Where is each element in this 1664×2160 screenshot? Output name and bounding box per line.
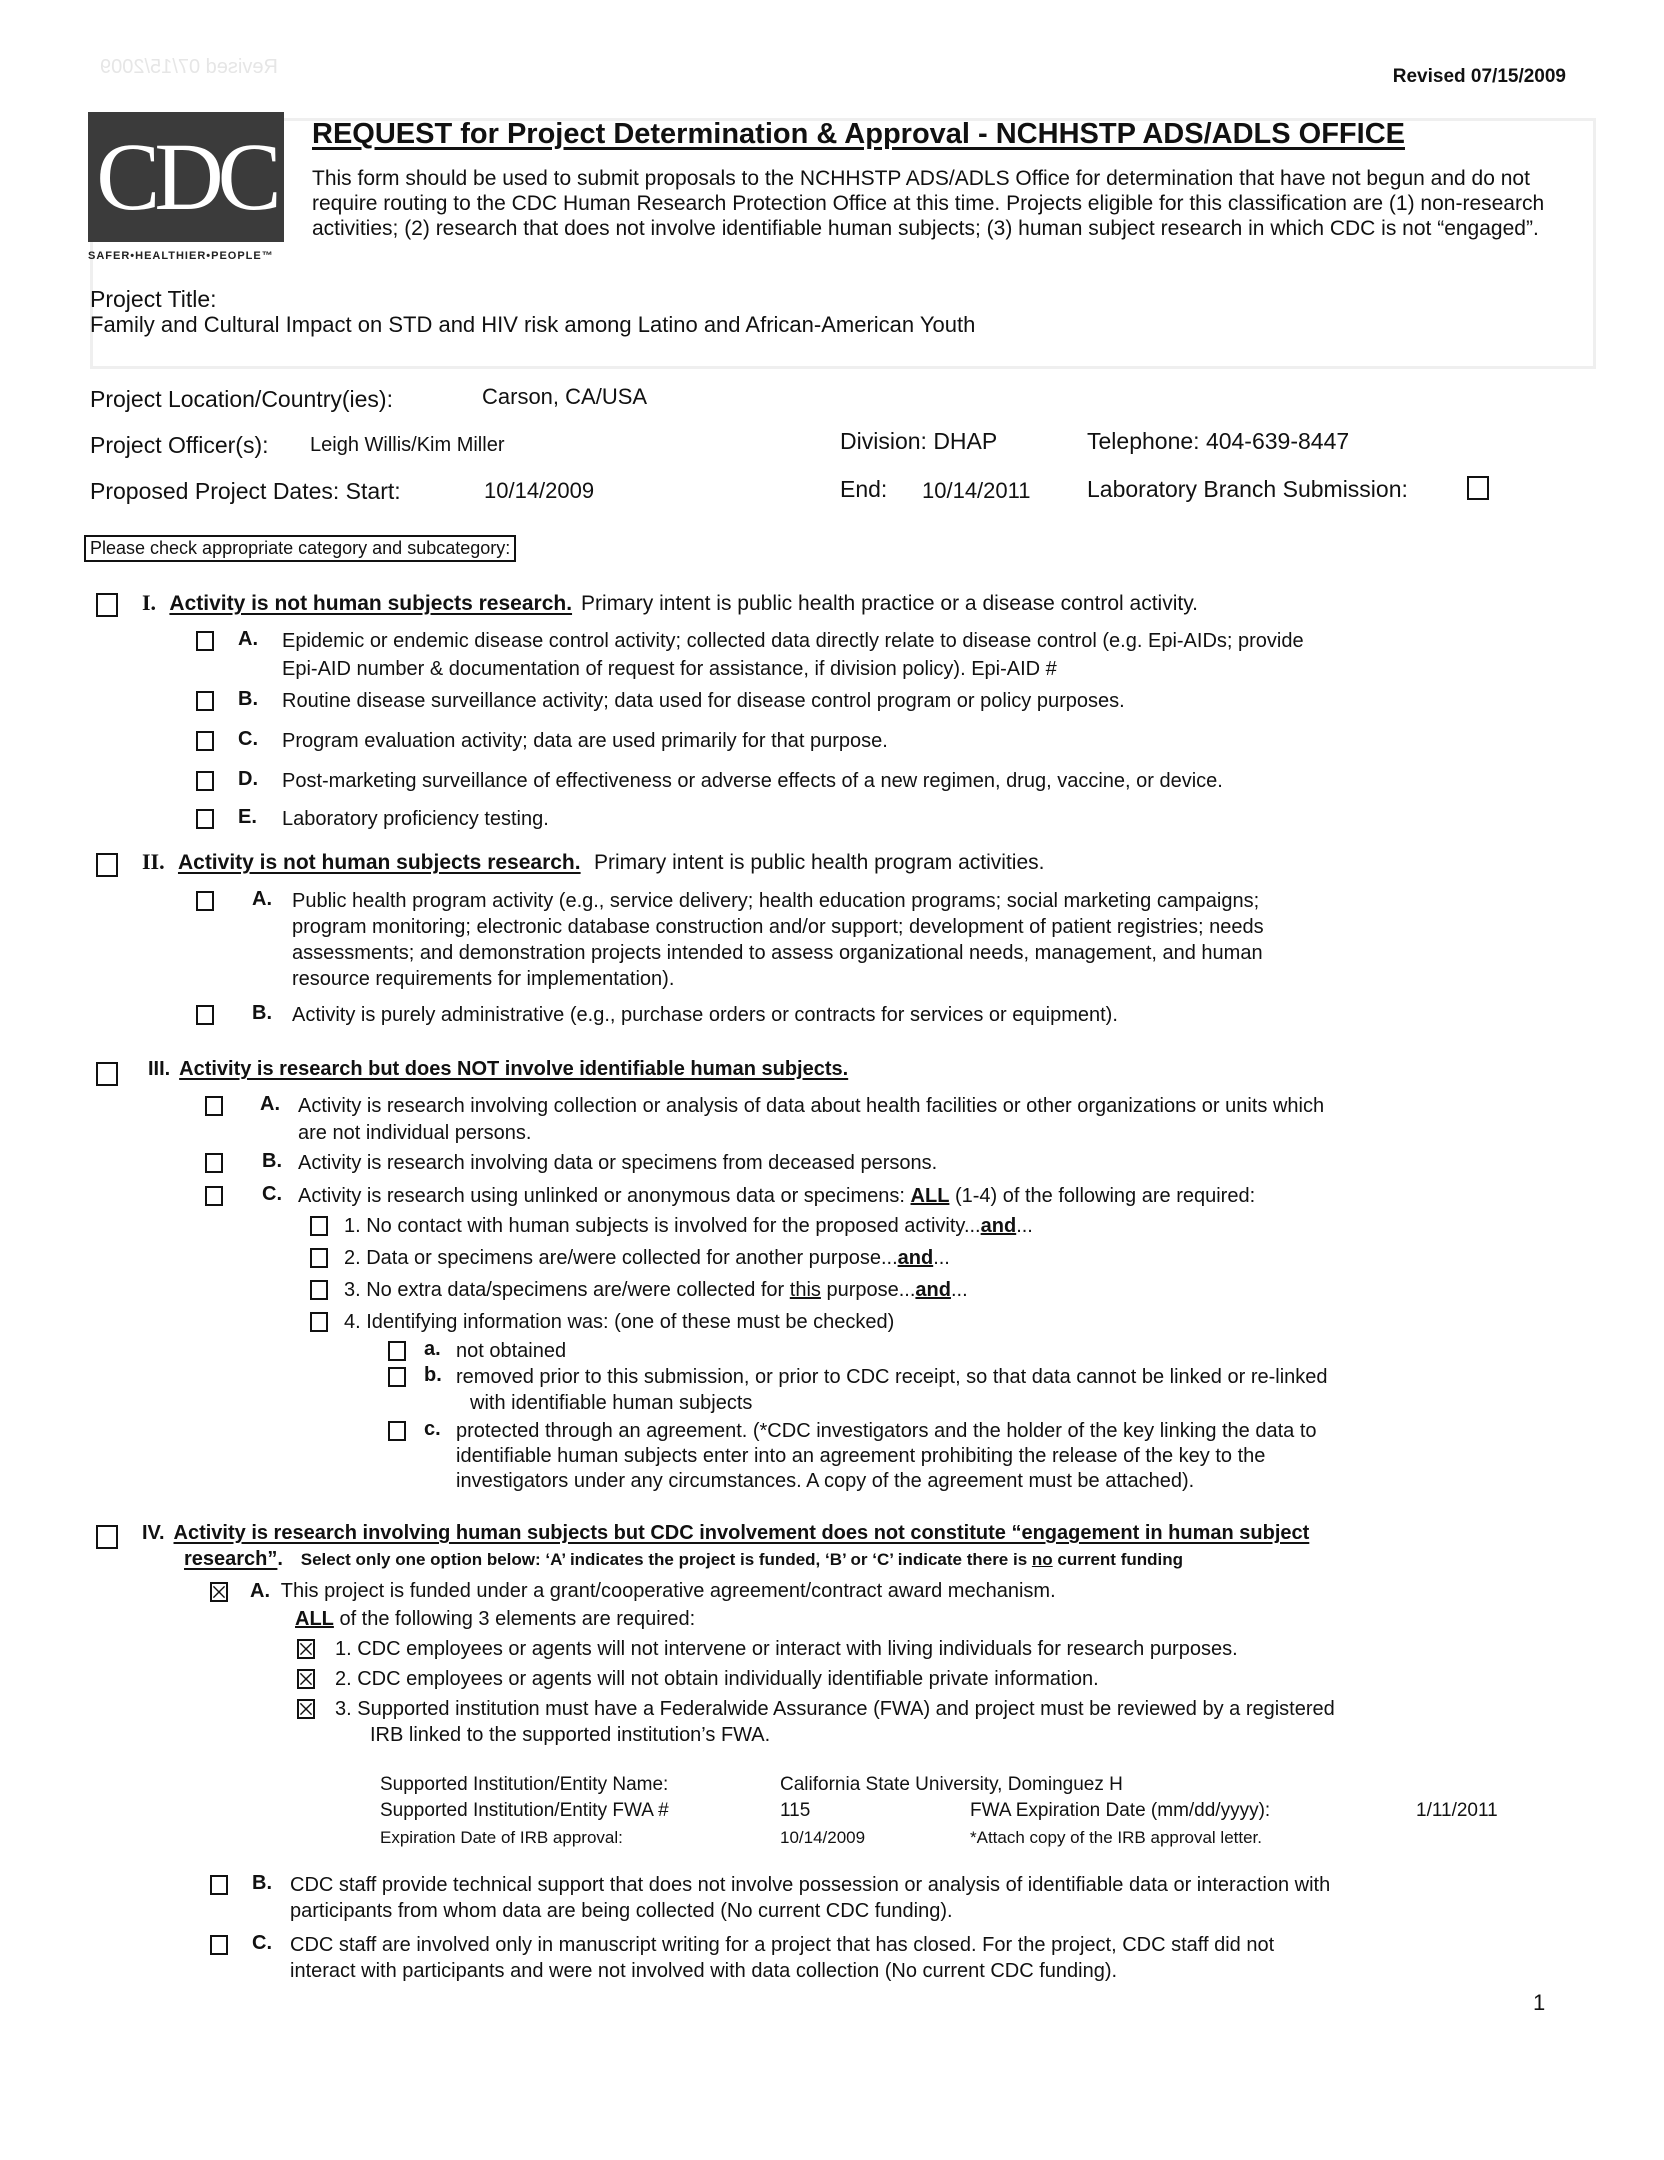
section-1-item-c-letter: C. [238,728,258,751]
section-2-item-b-text: Activity is purely administrative (e.g.,… [292,1002,1118,1028]
page-number: 1 [1533,1990,1545,2016]
irb-expiration-value[interactable]: 10/14/2009 [780,1828,865,1848]
project-officer-label: Project Officer(s): [90,432,269,459]
section-1-item-d-checkbox[interactable] [196,771,214,791]
element-2-checkbox[interactable] [297,1669,315,1689]
section-4-title-cont: research” [184,1548,277,1570]
identifier-a-checkbox[interactable] [388,1341,406,1361]
requirement-1-checkbox[interactable] [310,1216,328,1236]
identifier-b-checkbox[interactable] [388,1367,406,1387]
section-2-item-a-letter: A. [252,888,272,911]
section-4-b-text: CDC staff provide technical support that… [290,1872,1330,1898]
requirement-3-checkbox[interactable] [310,1280,328,1300]
form-intro: This form should be used to submit propo… [312,166,1582,241]
section-2-item-a-text: Public health program activity (e.g., se… [292,888,1259,914]
section-1-item-d-letter: D. [238,768,258,791]
requirement-2-text: 2. Data or specimens are/were collected … [344,1245,950,1271]
section-1-item-a-checkbox[interactable] [196,631,214,651]
institution-fwa-value[interactable]: 115 [780,1800,810,1822]
institution-name-value[interactable]: California State University, Dominguez H [780,1774,1123,1796]
requirement-4-checkbox[interactable] [310,1312,328,1332]
requirement-1-text: 1. No contact with human subjects is inv… [344,1213,1033,1239]
section-1-item-a-letter: A. [238,628,258,651]
lab-branch-checkbox[interactable] [1467,476,1489,500]
element-3-text: 3. Supported institution must have a Fed… [335,1696,1335,1722]
section-2-checkbox[interactable] [96,853,118,877]
req-post: ... [933,1247,950,1269]
requirement-2-checkbox[interactable] [310,1248,328,1268]
section-4-b-checkbox[interactable] [210,1875,228,1895]
x-mark-icon [299,1671,313,1687]
item-c-pre: Activity is research using unlinked or a… [298,1185,911,1207]
req-pre: 1. No contact with human subjects is inv… [344,1215,981,1237]
section-1-title: Activity is not human subjects research. [169,592,572,615]
division-value[interactable]: DHAP [933,428,997,454]
item-c-post: (1-4) of the following are required: [949,1185,1255,1207]
element-3-text: IRB linked to the supported institution’… [370,1722,770,1748]
section-3-item-a-checkbox[interactable] [205,1096,223,1116]
section-3-item-a-text: Activity is research involving collectio… [298,1093,1324,1119]
section-4-a-all-rest: of the following 3 elements are required… [334,1608,695,1630]
identifier-c-text: investigators under any circumstances. A… [456,1468,1194,1494]
identifier-c-checkbox[interactable] [388,1421,406,1441]
telephone-value[interactable]: 404-639-8447 [1206,428,1349,454]
section-4-a: A. This project is funded under a grant/… [250,1578,1056,1604]
section-2-item-a-text: resource requirements for implementation… [292,966,674,992]
section-2-number: II. [142,849,165,874]
telephone-label: Telephone: [1087,428,1200,454]
section-4-a-all: ALL [295,1608,334,1630]
section-1-item-d-text: Post-marketing surveillance of effective… [282,768,1223,794]
irb-expiration-label: Expiration Date of IRB approval: [380,1828,623,1848]
item-c-all: ALL [911,1185,950,1207]
section-2-item-a-text: assessments; and demonstration projects … [292,940,1263,966]
form-title: REQUEST for Project Determination & Appr… [312,118,1405,151]
section-2-item-b-letter: B. [252,1002,272,1025]
section-1-item-e-text: Laboratory proficiency testing. [282,806,549,832]
element-2-text: 2. CDC employees or agents will not obta… [335,1666,1099,1692]
end-date-value[interactable]: 10/14/2011 [922,478,1030,504]
requirement-3-text: 3. No extra data/specimens are/were coll… [344,1277,968,1303]
section-4-a-requirement: ALL of the following 3 elements are requ… [295,1606,695,1632]
attach-irb-note: *Attach copy of the IRB approval letter. [970,1828,1262,1848]
instruction-box: Please check appropriate category and su… [84,535,516,562]
section-2-heading: II. Activity is not human subjects resea… [142,849,1044,875]
cdc-logo-tagline: SAFER•HEALTHIER•PEOPLE™ [88,250,274,262]
req-this: this [790,1279,821,1301]
section-3-checkbox[interactable] [96,1062,118,1086]
cdc-logo-text: CDC [96,129,275,225]
section-3-item-b-checkbox[interactable] [205,1153,223,1173]
section-3-item-c-checkbox[interactable] [205,1186,223,1206]
section-3-item-c-text: Activity is research using unlinked or a… [298,1183,1255,1209]
x-mark-icon [299,1641,313,1657]
identifier-c-text: identifiable human subjects enter into a… [456,1443,1265,1469]
req-and: and [915,1279,951,1301]
section-3-title: Activity is research but does NOT involv… [179,1058,848,1080]
section-3-heading: III. Activity is research but does NOT i… [148,1058,848,1081]
section-2-item-a-text: program monitoring; electronic database … [292,914,1264,940]
project-officer-value[interactable]: Leigh Willis/Kim Miller [310,434,504,457]
revised-date: Revised 07/15/2009 [1393,66,1566,88]
req-and: and [898,1247,934,1269]
section-4-note-pre: Select only one option below: ‘A’ indica… [301,1550,1032,1569]
section-1-item-c-checkbox[interactable] [196,731,214,751]
req-and: and [981,1215,1017,1237]
identifier-c-letter: c. [424,1418,441,1441]
cdc-logo: CDC [88,112,284,242]
identifier-a-letter: a. [424,1338,441,1361]
section-4-b-letter: B. [252,1872,272,1895]
section-4-title-period: . [277,1548,283,1570]
section-4-heading-cont: research”. Select only one option below:… [184,1548,1183,1571]
section-1-item-a-text: Epidemic or endemic disease control acti… [282,628,1304,654]
section-1-item-b-letter: B. [238,688,258,711]
fwa-expiration-label: FWA Expiration Date (mm/dd/yyyy): [970,1800,1270,1822]
section-4-b-text: participants from whom data are being co… [290,1898,953,1924]
x-mark-icon [299,1701,313,1717]
section-4-c-text: CDC staff are involved only in manuscrip… [290,1932,1274,1958]
identifier-b-text: with identifiable human subjects [470,1390,752,1416]
telephone-field: Telephone: 404-639-8447 [1087,428,1349,455]
req-pre: 2. Data or specimens are/were collected … [344,1247,898,1269]
section-4-a-letter: A. [250,1580,270,1602]
section-4-note-no: no [1032,1550,1053,1569]
section-3-number: III. [148,1058,170,1080]
section-4-a-checkbox[interactable] [210,1582,228,1602]
section-1-description: Primary intent is public health practice… [581,592,1198,615]
project-location-label: Project Location/Country(ies): [90,386,393,413]
identifier-c-text: protected through an agreement. (*CDC in… [456,1418,1317,1444]
section-4-c-letter: C. [252,1932,272,1955]
section-2-description: Primary intent is public health program … [594,851,1045,874]
element-3-checkbox[interactable] [297,1699,315,1719]
req-pre: 3. No extra data/specimens are/were coll… [344,1279,790,1301]
identifier-b-letter: b. [424,1364,442,1387]
element-1-checkbox[interactable] [297,1639,315,1659]
section-3-item-a-letter: A. [260,1093,280,1116]
section-2-title: Activity is not human subjects research. [178,851,581,874]
section-3-item-a-text: are not individual persons. [298,1120,531,1146]
req-mid: purpose... [821,1279,916,1301]
fwa-expiration-value[interactable]: 1/11/2011 [1416,1800,1498,1822]
section-2-item-a-checkbox[interactable] [196,891,214,911]
element-1-text: 1. CDC employees or agents will not inte… [335,1636,1238,1662]
section-4-c-checkbox[interactable] [210,1935,228,1955]
division-label: Division: DHAP [840,428,997,455]
project-title-value[interactable]: Family and Cultural Impact on STD and HI… [90,312,975,338]
lab-branch-label: Laboratory Branch Submission: [1087,476,1408,503]
section-4-checkbox[interactable] [96,1525,118,1549]
section-1-item-a-text: Epi-AID number & documentation of reques… [282,656,1057,682]
section-4-note: Select only one option below: ‘A’ indica… [301,1550,1183,1569]
section-3-item-c-letter: C. [262,1183,282,1206]
section-4-number: IV. [142,1522,165,1544]
dates-label: Proposed Project Dates: Start: [90,478,401,505]
project-title-label: Project Title: [90,286,217,313]
req-post: ... [1016,1215,1033,1237]
section-4-c-text: interact with participants and were not … [290,1958,1117,1984]
division-label-text: Division: [840,428,927,454]
section-2-item-b-checkbox[interactable] [196,1005,214,1025]
section-1-item-b-text: Routine disease surveillance activity; d… [282,688,1125,714]
end-date-label: End: [840,476,887,503]
identifier-b-text: removed prior to this submission, or pri… [456,1364,1328,1390]
section-1-checkbox[interactable] [96,593,118,617]
section-4-note-post: current funding [1053,1550,1183,1569]
section-1-item-e-checkbox[interactable] [196,809,214,829]
section-4-a-text: This project is funded under a grant/coo… [281,1580,1056,1602]
institution-name-label: Supported Institution/Entity Name: [380,1774,668,1796]
section-1-item-b-checkbox[interactable] [196,691,214,711]
section-4-heading: IV. Activity is research involving human… [142,1522,1309,1545]
req-pre: 4. Identifying information was: (one of … [344,1311,894,1333]
x-mark-icon [212,1584,226,1600]
requirement-4-text: 4. Identifying information was: (one of … [344,1309,894,1335]
institution-fwa-label: Supported Institution/Entity FWA # [380,1800,669,1822]
section-1-item-c-text: Program evaluation activity; data are us… [282,728,888,754]
section-1-heading: I. Activity is not human subjects resear… [142,590,1198,616]
identifier-a-text: not obtained [456,1338,566,1364]
start-date-value[interactable]: 10/14/2009 [484,478,594,504]
project-location-value[interactable]: Carson, CA/USA [482,384,647,410]
section-4-title: Activity is research involving human sub… [174,1522,1310,1544]
section-1-item-e-letter: E. [238,806,257,829]
section-3-item-b-letter: B. [262,1150,282,1173]
section-1-number: I. [142,590,156,615]
section-3-item-b-text: Activity is research involving data or s… [298,1150,937,1176]
req-post: ... [951,1279,968,1301]
bleed-through-text: Revised 07/15/2009 [100,56,278,79]
